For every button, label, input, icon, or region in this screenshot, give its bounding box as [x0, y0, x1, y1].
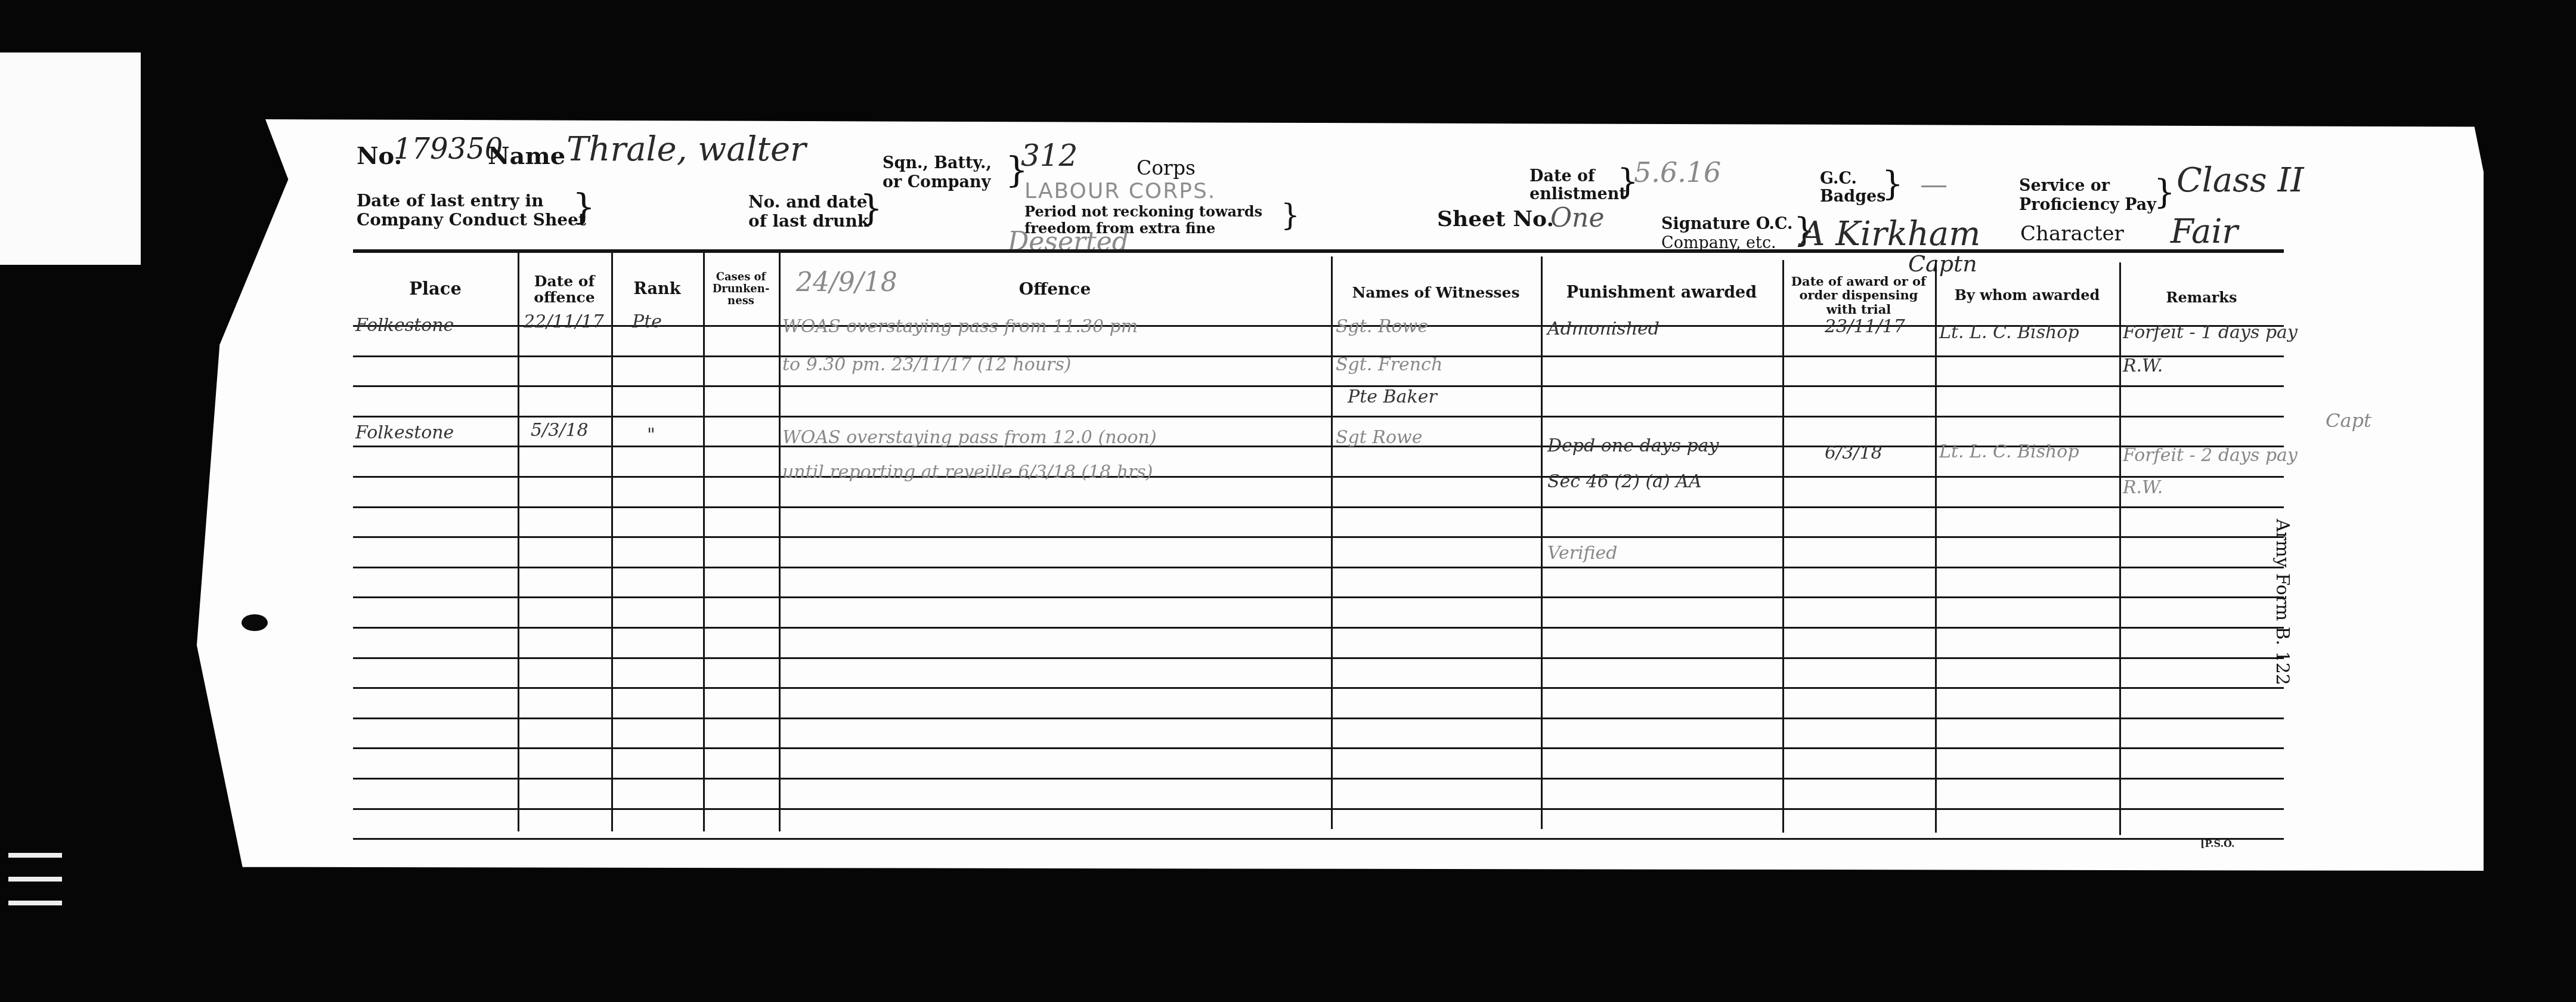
row-0-date: 22/11/17 [524, 311, 604, 332]
margin-note: Capt [2326, 409, 2371, 432]
row-0-offence: WOAS overstaying pass from 11.30 pm [782, 316, 1138, 337]
sqn-label-2: or Company [883, 173, 990, 191]
col-divider [1331, 256, 1333, 829]
row-0-punishment: Admonished [1547, 318, 1659, 339]
row-3-by-whom: Lt. L. C. Bishop [1939, 441, 2079, 462]
row-rule [353, 627, 2284, 629]
date-enlist-value: 5.6.16 [1634, 156, 1721, 188]
number-value: 179350 [394, 132, 503, 166]
film-edge-marks [8, 853, 68, 924]
row-3-punishment: Depd one days pay [1547, 435, 1719, 456]
gc-value: — [1920, 168, 1948, 200]
col-divider [1541, 256, 1543, 829]
row-4-remarks: R.W. [2123, 477, 2163, 498]
row-rule [353, 657, 2284, 659]
signature-value: A Kirkham [1801, 215, 1980, 253]
header-rule [353, 249, 2284, 253]
row-rule [353, 747, 2284, 749]
col-divider [1782, 260, 1784, 833]
corps-stamp: LABOUR CORPS. [1024, 179, 1216, 203]
row-2-witness: Pte Baker [1348, 386, 1437, 407]
date-enlist-label-1: Date of [1529, 167, 1595, 185]
col-header-by-whom: By whom awarded [1935, 262, 2119, 328]
row-0-remarks: Forfeit - 1 days pay [2123, 322, 2298, 343]
punch-hole [241, 614, 268, 631]
row-6-punishment: Verified [1547, 543, 1618, 564]
character-value: Fair [2171, 212, 2238, 251]
row-1-remarks: R.W. [2123, 355, 2163, 376]
row-1-offence: to 9.30 pm. 23/11/17 (12 hours) [782, 354, 1072, 375]
corps-label: Corps [1137, 156, 1196, 180]
brace: } [2154, 173, 2175, 212]
date-enlist-label-2: enlistment [1529, 185, 1627, 203]
last-drunk-label-2: of last drunk [748, 211, 869, 231]
row-rule [353, 838, 2284, 840]
signature-label-1: Signature O.C. [1661, 215, 1792, 233]
row-rule [353, 808, 2284, 810]
row-4-punishment: Sec 46 (2) (a) AA [1547, 471, 1702, 492]
col-header-drunkenness: Cases of Drunken-ness [703, 256, 779, 322]
blank-card [0, 52, 141, 265]
row-0-by-whom: Lt. L. C. Bishop [1939, 322, 2079, 343]
footer-mark: [P.S.O. [2200, 838, 2235, 849]
last-drunk-label-1: No. and date [748, 192, 868, 212]
last-entry-label-1: Date of last entry in [357, 191, 543, 211]
row-3-place: Folkestone [355, 422, 454, 443]
brace: } [1281, 198, 1300, 233]
row-0-witness: Sgt. Rowe [1336, 316, 1428, 337]
row-3-rank: " [647, 425, 655, 446]
period-label-1: Period not reckoning towards [1024, 203, 1262, 220]
row-rule [353, 476, 2284, 478]
sheet-no-label: Sheet No. [1437, 206, 1554, 231]
row-0-place: Folkestone [355, 315, 454, 336]
col-divider [779, 253, 781, 831]
name-value: Thrale, walter [566, 130, 806, 169]
service-value: Class II [2176, 161, 2304, 200]
col-header-offence: Offence [779, 256, 1331, 322]
row-3-award-date: 6/3/18 [1825, 443, 1883, 463]
col-header-punishment: Punishment awarded [1541, 260, 1782, 326]
service-label-2: Proficiency Pay [2019, 196, 2156, 214]
form-id: Army Form B. 122 [2272, 519, 2293, 685]
service-label-1: Service or [2019, 177, 2110, 195]
row-rule [353, 385, 2284, 387]
row-rule [353, 355, 2284, 357]
row-rule [353, 536, 2284, 538]
col-header-place: Place [353, 256, 518, 322]
sheet-no-value: One [1550, 203, 1604, 233]
col-divider [611, 253, 613, 831]
row-rule [353, 778, 2284, 780]
brace: } [572, 186, 595, 228]
brace: } [860, 187, 883, 229]
sqn-label-1: Sqn., Batty., [883, 154, 992, 172]
row-0-award-date: 23/11/17 [1825, 316, 1905, 337]
row-rule [353, 596, 2284, 598]
row-4-offence: until reporting at reveille 6/3/18 (18 h… [782, 462, 1153, 483]
col-divider [518, 253, 519, 831]
col-divider [2119, 262, 2121, 835]
col-divider [703, 253, 705, 831]
row-1-witness: Sgt. French [1336, 354, 1442, 375]
row-rule [353, 567, 2284, 568]
col-divider [1935, 260, 1937, 833]
character-label: Character [2020, 222, 2124, 246]
sqn-value: 312 [1021, 138, 1078, 173]
row-0-rank: Pte [632, 311, 662, 332]
row-rule [353, 687, 2284, 689]
last-entry-label-2: Company Conduct Sheet [357, 210, 586, 230]
gc-label-1: G.C. [1820, 169, 1857, 188]
row-rule [353, 718, 2284, 719]
name-label: Name [488, 142, 565, 170]
row-3-remarks: Forfeit - 2 days pay [2123, 445, 2298, 466]
gc-label-2: Badges [1820, 187, 1885, 206]
col-header-remarks: Remarks [2119, 265, 2284, 330]
row-rule [353, 506, 2284, 508]
row-rule [353, 416, 2284, 417]
row-3-offence: WOAS overstaying pass from 12.0 (noon) [782, 427, 1157, 448]
row-3-date: 5/3/18 [531, 420, 589, 441]
row-3-witness: Sgt Rowe [1336, 427, 1422, 448]
brace: } [1882, 165, 1903, 203]
